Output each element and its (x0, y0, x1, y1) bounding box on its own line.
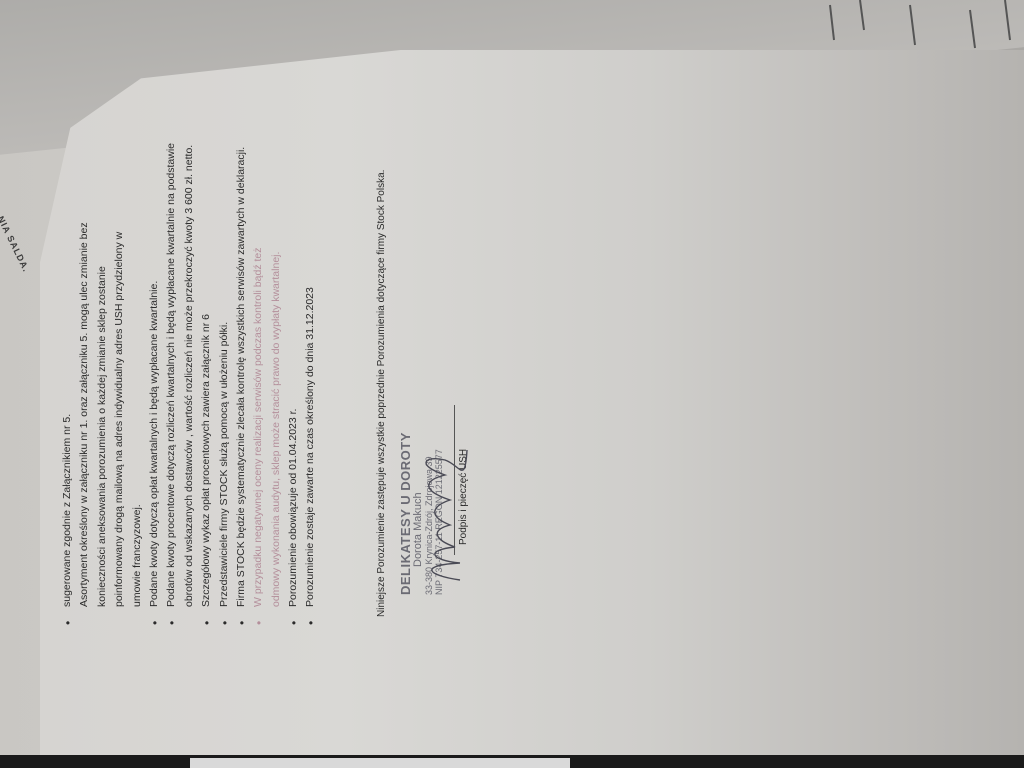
bullet-icon: • (166, 621, 178, 625)
term-line: konieczności aneksowania porozumienia o … (97, 65, 114, 625)
term-text: W przypadku negatywnej oceny realizacji … (252, 247, 264, 607)
term-line: umowie franczyzowej. (132, 65, 149, 625)
term-line: •Podane kwoty procentowe dotyczą rozlicz… (166, 65, 183, 625)
term-line: •Przedstawiciele firmy STOCK służą pomoc… (219, 65, 236, 625)
bullet-icon: • (253, 621, 265, 625)
bullet-icon: • (236, 621, 248, 625)
term-text: poinformowany drogą mailową na adres ind… (113, 232, 125, 607)
term-text: Porozumienie obowiązuje od 01.04.2023 r. (287, 409, 299, 607)
term-line: •W przypadku negatywnej oceny realizacji… (253, 65, 270, 625)
term-line: odmowy wykonania audytu, sklep może stra… (271, 65, 288, 625)
term-line: •Porozumienie obowiązuje od 01.04.2023 r… (288, 65, 305, 625)
bullet-icon: • (149, 621, 161, 625)
business-stamp: DELIKATESY U DOROTY Dorota Makuch 33-380… (399, 65, 469, 625)
closing-statement: Niniejsze Porozumienie zastępuje wszystk… (377, 65, 387, 625)
term-line: •Porozumienie zostaje zawarte na czas ok… (305, 65, 322, 625)
background-page-scribbles (820, 0, 1024, 50)
term-text: Porozumienie zostaje zawarte na czas okr… (304, 287, 316, 607)
term-text: odmowy wykonania audytu, sklep może stra… (270, 252, 282, 607)
terms-list: •sugerowane zgodnie z Załącznikiem nr 5.… (62, 65, 323, 625)
term-line: •Firma STOCK będzie systematycznie zleca… (236, 65, 253, 625)
term-text: konieczności aneksowania porozumienia o … (96, 266, 108, 607)
term-text: Szczegółowy wykaz opłat procentowych zaw… (200, 314, 212, 607)
photo-scene: ...NIA SALDA. •sugerowane zgodnie z Załą… (0, 0, 1024, 768)
term-text: Firma STOCK będzie systematycznie zlecał… (235, 147, 247, 607)
background-page-text: ...NIA SALDA. (0, 205, 31, 274)
bullet-icon: • (219, 621, 231, 625)
term-text: obrotów od wskazanych dostawców , wartoś… (183, 145, 195, 607)
term-text: Podane kwoty procentowe dotyczą rozlicze… (165, 143, 177, 607)
bullet-icon: • (288, 621, 300, 625)
handwritten-signature (405, 445, 475, 585)
term-line: poinformowany drogą mailową na adres ind… (114, 65, 131, 625)
term-text: Przedstawiciele firmy STOCK służą pomocą… (218, 322, 230, 607)
term-text: sugerowane zgodnie z Załącznikiem nr 5. (61, 414, 73, 607)
bullet-icon: • (201, 621, 213, 625)
term-line: •Szczegółowy wykaz opłat procentowych za… (201, 65, 218, 625)
document-body: •sugerowane zgodnie z Załącznikiem nr 5.… (62, 65, 469, 625)
term-line: •Podane kwoty dotyczą opłat kwartalnych … (149, 65, 166, 625)
paper-edge-below (190, 758, 570, 768)
term-text: umowie franczyzowej. (131, 504, 143, 607)
bullet-icon: • (62, 621, 74, 625)
bullet-icon: • (305, 621, 317, 625)
term-line: Asortyment określony w załączniku nr 1. … (79, 65, 96, 625)
term-text: Asortyment określony w załączniku nr 1. … (78, 222, 90, 607)
term-line: obrotów od wskazanych dostawców , wartoś… (184, 65, 201, 625)
term-text: Podane kwoty dotyczą opłat kwartalnych i… (148, 281, 160, 607)
term-line: •sugerowane zgodnie z Załącznikiem nr 5. (62, 65, 79, 625)
